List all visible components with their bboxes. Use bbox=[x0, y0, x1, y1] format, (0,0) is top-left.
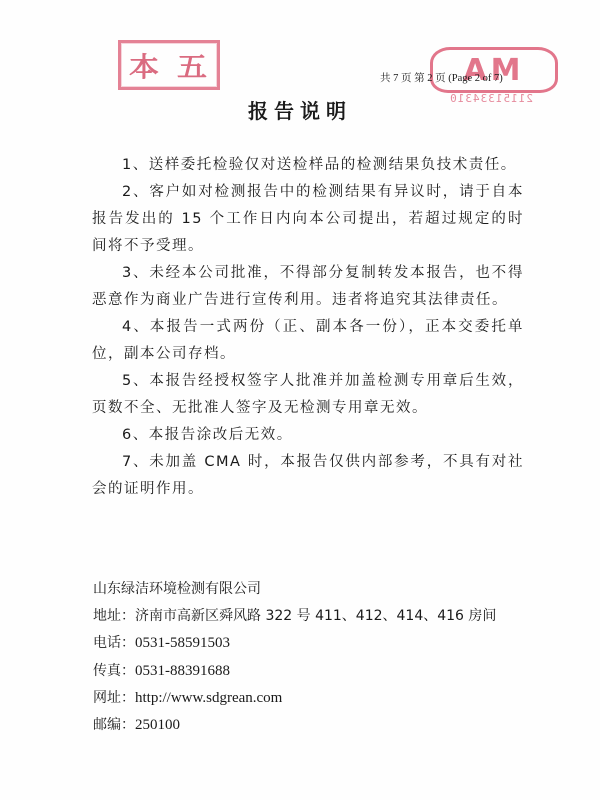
fax-row: 传真：0531-88391688 bbox=[93, 658, 496, 685]
phone-label: 电话： bbox=[93, 635, 135, 651]
fax-label: 传真： bbox=[93, 663, 135, 679]
address-label: 地址： bbox=[93, 608, 135, 624]
address-value: 济南市高新区舜风路 322 号 411、412、414、416 房间 bbox=[135, 608, 496, 624]
postcode-value: 250100 bbox=[135, 717, 180, 733]
note-item-2: 2、客户如对检测报告中的检测结果有异议时，请于自本报告发出的 15 个工作日内向… bbox=[92, 179, 524, 260]
note-item-6: 6、本报告涂改后无效。 bbox=[92, 422, 524, 449]
report-notes: 1、送样委托检验仅对送检样品的检测结果负技术责任。 2、客户如对检测报告中的检测… bbox=[92, 152, 524, 503]
note-item-7: 7、未加盖 CMA 时，本报告仅供内部参考，不具有对社会的证明作用。 bbox=[92, 449, 524, 503]
company-name: 山东绿洁环境检测有限公司 bbox=[93, 576, 496, 603]
page-count: 共 7 页 第 2 页 (Page 2 of 7) bbox=[380, 70, 503, 85]
note-item-4: 4、本报告一式两份（正、副本各一份），正本交委托单位，副本公司存档。 bbox=[92, 314, 524, 368]
website-link[interactable]: http://www.sdgrean.com bbox=[135, 690, 282, 706]
page-title: 报告说明 bbox=[0, 95, 600, 124]
phone-value: 0531-58591503 bbox=[135, 635, 230, 651]
company-contact-block: 山东绿洁环境检测有限公司 地址：济南市高新区舜风路 322 号 411、412、… bbox=[93, 576, 496, 739]
address-row: 地址：济南市高新区舜风路 322 号 411、412、414、416 房间 bbox=[93, 603, 496, 630]
website-row: 网址：http://www.sdgrean.com bbox=[93, 685, 496, 712]
postcode-row: 邮编：250100 bbox=[93, 712, 496, 739]
website-label: 网址： bbox=[93, 690, 135, 706]
stamp-char-1: 本 bbox=[129, 45, 161, 85]
fax-value: 0531-88391688 bbox=[135, 663, 230, 679]
stamp-char-2: 五 bbox=[177, 45, 209, 85]
phone-row: 电话：0531-58591503 bbox=[93, 630, 496, 657]
note-item-3: 3、未经本公司批准，不得部分复制转发本报告，也不得恶意作为商业广告进行宣传利用。… bbox=[92, 260, 524, 314]
document-page: 本 五 AM 21151334310 共 7 页 第 2 页 (Page 2 o… bbox=[0, 0, 600, 800]
postcode-label: 邮编： bbox=[93, 717, 135, 733]
note-item-5: 5、本报告经授权签字人批准并加盖检测专用章后生效，页数不全、无批准人签字及无检测… bbox=[92, 368, 524, 422]
note-item-1: 1、送样委托检验仅对送检样品的检测结果负技术责任。 bbox=[92, 152, 524, 179]
red-seal-stamp-left: 本 五 bbox=[118, 40, 220, 90]
